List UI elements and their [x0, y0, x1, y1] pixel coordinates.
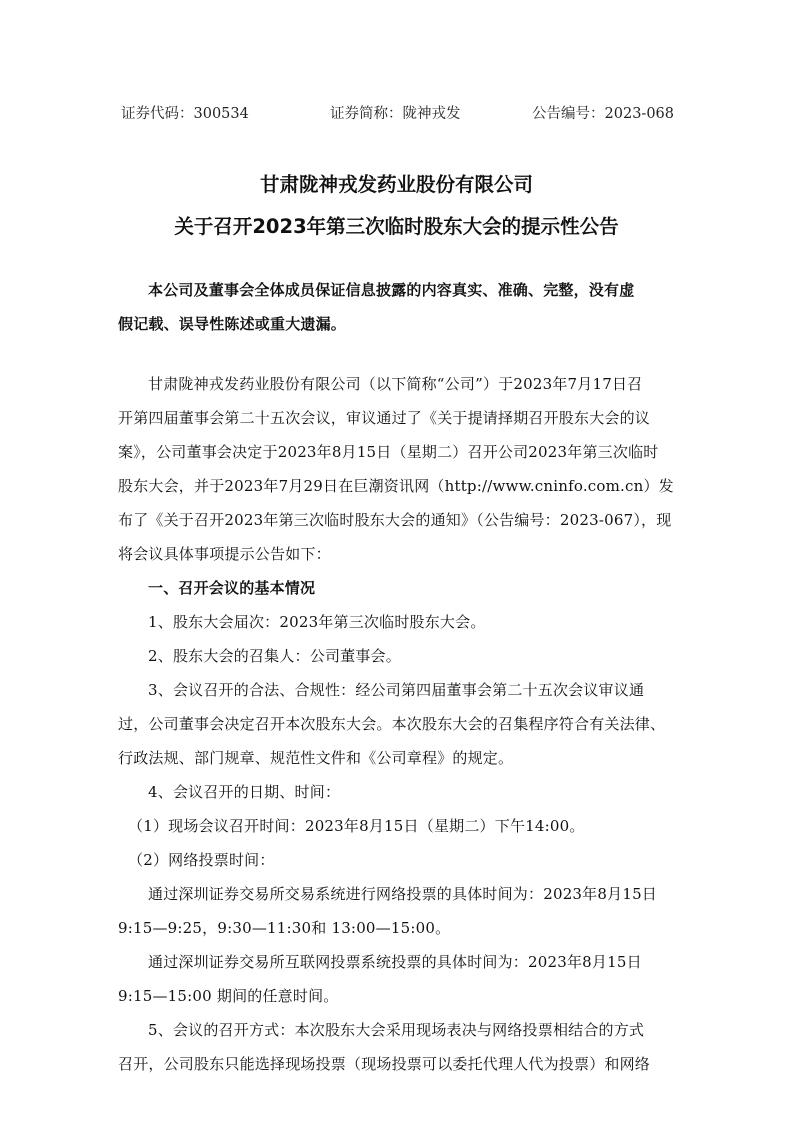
item-5-line: 召开，公司股东只能选择现场投票（现场投票可以委托代理人代为投票）和网络	[118, 1054, 678, 1074]
statement-line: 假记载、误导性陈述或重大遗漏。	[118, 314, 678, 334]
statement-line: 本公司及董事会全体成员保证信息披露的内容真实、准确、完整，没有虚	[148, 280, 678, 300]
trading-system-line: 通过深圳证券交易所交易系统进行网络投票的具体时间为：2023年8月15日	[148, 884, 678, 904]
stock-code: 证券代码：300534	[121, 102, 249, 123]
item-1: 1、股东大会届次：2023年第三次临时股东大会。	[148, 612, 678, 632]
internet-system-line: 9:15—15:00 期间的任意时间。	[118, 986, 678, 1006]
item-4-online-label: （2）网络投票时间：	[128, 850, 688, 870]
item-3-line: 行政法规、部门规章、规范性文件和《公司章程》的规定。	[118, 748, 678, 768]
intro-line: 开第四届董事会第二十五次会议，审议通过了《关于提请择期召开股东大会的议	[118, 408, 678, 428]
company-title: 甘肃陇神戎发药业股份有限公司	[0, 169, 793, 197]
item-3-line: 3、会议召开的合法、合规性：经公司第四届董事会第二十五次会议审议通	[148, 680, 678, 700]
item-3-line: 过，公司董事会决定召开本次股东大会。本次股东大会的召集程序符合有关法律、	[118, 714, 678, 734]
item-4-label: 4、会议召开的日期、时间：	[148, 782, 678, 802]
item-4-onsite-time: （1）现场会议召开时间：2023年8月15日（星期二）下午14:00。	[128, 816, 688, 836]
intro-line: 布了《关于召开2023年第三次临时股东大会的通知》（公告编号：2023-067）…	[118, 510, 678, 530]
item-5-line: 5、会议的召开方式：本次股东大会采用现场表决与网络投票相结合的方式	[148, 1020, 678, 1040]
document-page: 证券代码：300534 证券简称：陇神戎发 公告编号：2023-068 甘肃陇神…	[0, 0, 793, 1122]
item-2: 2、股东大会的召集人：公司董事会。	[148, 646, 678, 666]
announcement-title: 关于召开2023年第三次临时股东大会的提示性公告	[0, 211, 793, 239]
section-heading: 一、召开会议的基本情况	[148, 578, 678, 598]
announcement-number: 公告编号：2023-068	[532, 102, 674, 123]
intro-line: 甘肃陇神戎发药业股份有限公司（以下简称“公司”）于2023年7月17日召	[148, 374, 678, 394]
intro-line: 将会议具体事项提示公告如下：	[118, 544, 678, 564]
internet-system-line: 通过深圳证券交易所互联网投票系统投票的具体时间为：2023年8月15日	[148, 952, 678, 972]
intro-line: 案》，公司董事会决定于2023年8月15日（星期二）召开公司2023年第三次临时	[118, 442, 678, 462]
intro-line: 股东大会，并于2023年7月29日在巨潮资讯网（http://www.cninf…	[118, 476, 678, 496]
stock-abbreviation: 证券简称：陇神戎发	[330, 102, 461, 123]
trading-system-line: 9:15—9:25，9:30—11:30和 13:00—15:00。	[118, 918, 678, 938]
